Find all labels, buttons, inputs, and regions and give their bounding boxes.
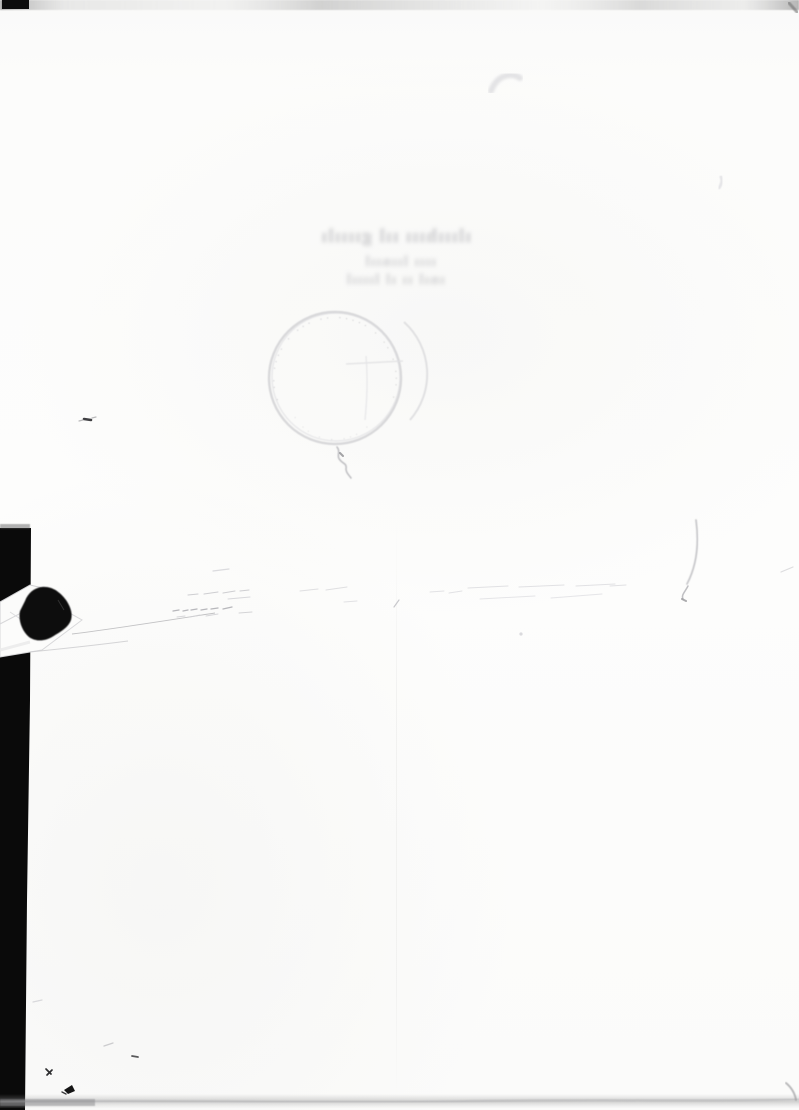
stamp-outer-arc [404, 322, 427, 420]
paren-curve-hook [682, 586, 688, 599]
scanned-document-page: ılıııhııı ııl gıııılı ıııı lıınııl ınıl … [0, 0, 799, 1110]
svg-text:· ·· ···· · ··· ·· ····· · ··: · ·· ···· · ··· ·· ····· · ·· · ··· ·· ·… [0, 0, 401, 403]
paren-curve [687, 520, 697, 584]
left-black-bar-top-fade [0, 524, 30, 529]
scan-artifact-layer: · ·· ···· · ··· ·· ····· · ·· · ··· ·· ·… [0, 0, 799, 1110]
stamp-inner-vertical [365, 356, 367, 420]
stamp-arc-text-lower: · ·· · · ··· · · [0, 0, 378, 445]
top-left-black-tab [2, 0, 29, 9]
stamp-squiggle-dot [340, 453, 343, 456]
small-dark-dash [84, 419, 91, 420]
top-edge-strip [0, 0, 799, 10]
paren-curve-end-dot [682, 599, 686, 601]
stamp-circle: · ·· ···· · ··· ·· ····· · ·· · ··· ·· ·… [0, 0, 427, 445]
bottom-left-ticks [46, 1056, 138, 1094]
scratch-marks [33, 567, 793, 1046]
stamp-squiggle [337, 447, 351, 478]
svg-text:· ·· · · ··· · ·: · ·· · · ··· · · [0, 0, 378, 445]
top-curve-mark [491, 75, 520, 91]
bottom-edge-shadow-left [0, 1099, 95, 1106]
faint-tick-mark [719, 177, 722, 188]
stamp-arc-text: · ·· ···· · ··· ·· ····· · ·· · ··· ·· ·… [0, 0, 401, 403]
